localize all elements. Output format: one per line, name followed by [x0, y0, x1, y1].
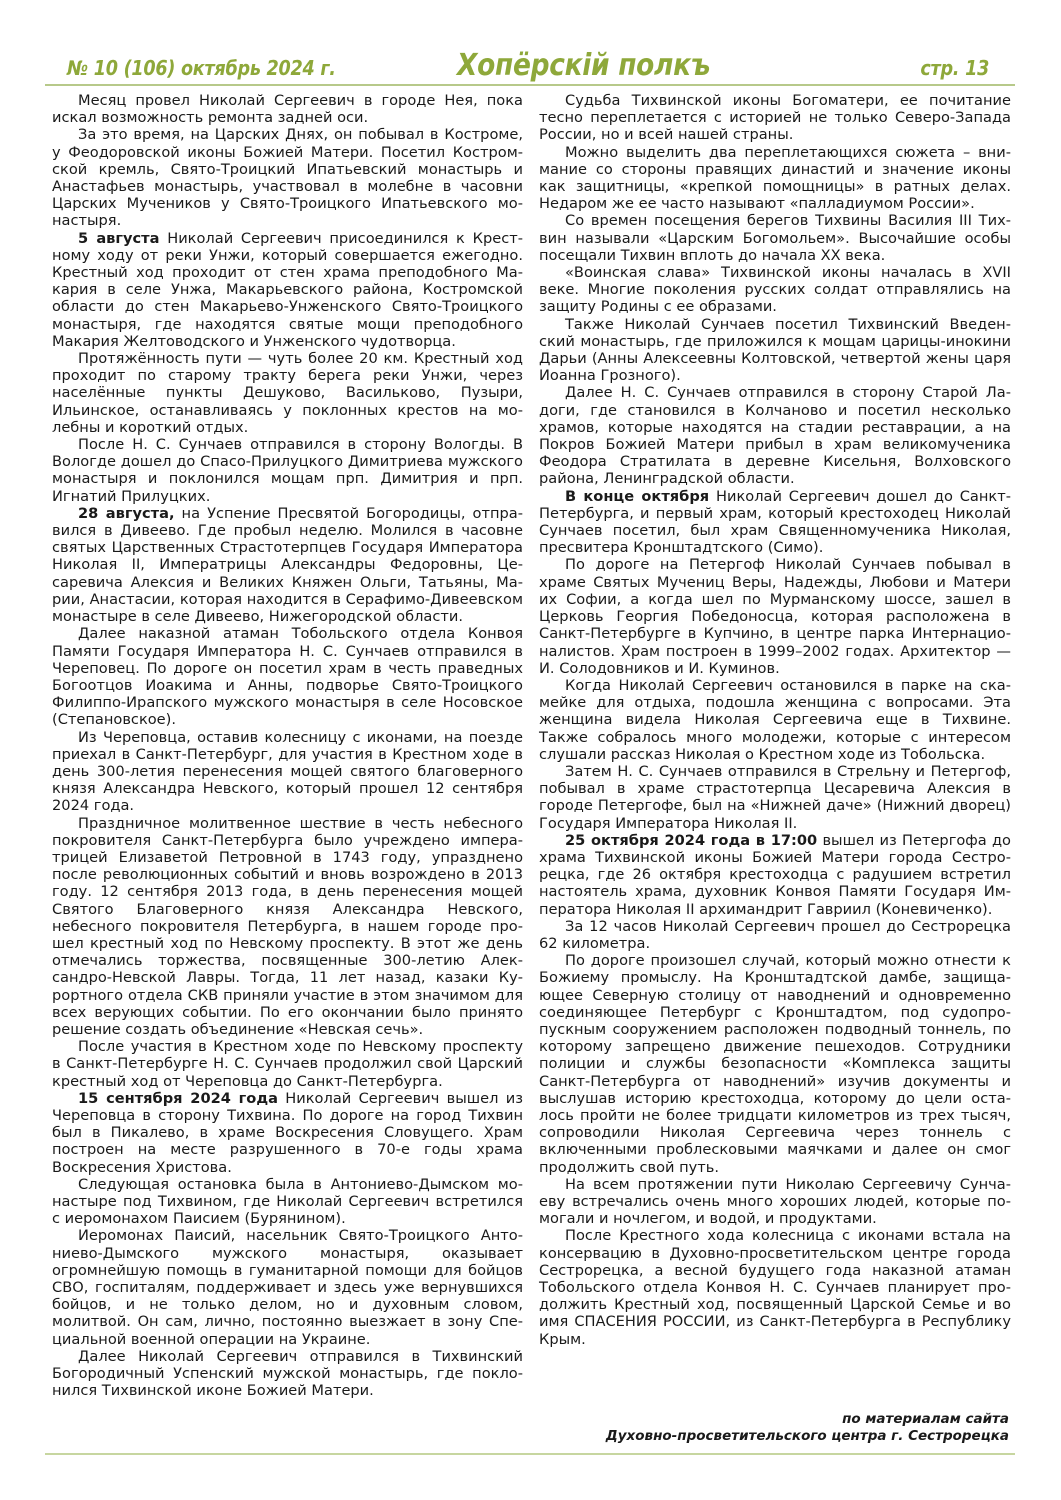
paragraph-text: Далее Николай Сергеевич отправился в Тих… [52, 1348, 523, 1399]
paragraph: Далее Николай Сергеевич отправился в Тих… [52, 1348, 523, 1400]
newspaper-title: Хопёрскій полкъ [457, 48, 710, 83]
paragraph-text: После Крестного хода колесница с иконами… [539, 1227, 1011, 1347]
newspaper-page: № 10 (106) октябрь 2024 г. Хопёрскій пол… [0, 0, 1061, 1500]
paragraph: «Воинская слава» Тихвинской иконы начала… [539, 264, 1011, 316]
paragraph-text: Николай Сергеевич присоединился к Крест­… [52, 230, 523, 350]
paragraph-text: Когда Николай Сергеевич остановился в па… [539, 677, 1011, 763]
source-line-2: Духовно-просветительского центра г. Сест… [606, 1428, 1009, 1445]
paragraph: За это время, на Царских Днях, он побыва… [52, 126, 523, 229]
page-header: № 10 (106) октябрь 2024 г. Хопёрскій пол… [45, 48, 1015, 86]
article-column-right: Судьба Тихвинской иконы Богоматери, ее п… [539, 92, 1011, 1348]
paragraph-text: Праздничное молитвенное шествие в честь … [52, 815, 523, 1038]
paragraph: 15 сентября 2024 года Николай Сергеевич … [52, 1090, 523, 1176]
paragraph-text: Со времен посещения берегов Тихвины Васи… [539, 212, 1011, 263]
source-attribution: по материалам сайта Духовно-просветитель… [606, 1411, 1009, 1445]
article-column-left: Месяц провел Николай Сергеевич в городе … [52, 92, 523, 1399]
paragraph-text: Затем Н. С. Сунчаев отправился в Стрельн… [539, 763, 1011, 832]
paragraph: Судьба Тихвинской иконы Богоматери, ее п… [539, 92, 1011, 144]
paragraph: Затем Н. С. Сунчаев отправился в Стрельн… [539, 763, 1011, 832]
paragraph: По дороге на Петергоф Николай Сунчаев по… [539, 556, 1011, 676]
paragraph-text: Далее наказной атаман Тобольского отдела… [52, 625, 523, 728]
paragraph: Далее Н. С. Сунчаев отправился в сторону… [539, 384, 1011, 487]
paragraph: Из Череповца, оставив колесницу с иконам… [52, 729, 523, 815]
paragraph: По дороге произошел случай, который можн… [539, 952, 1011, 1176]
paragraph-text: Судьба Тихвинской иконы Богоматери, ее п… [539, 92, 1011, 143]
paragraph: 25 октября 2024 года в 17:00 вышел из Пе… [539, 832, 1011, 918]
paragraph-text: Из Череповца, оставив колесницу с иконам… [52, 729, 523, 815]
paragraph-text: На всем протяжении пути Николаю Сергееви… [539, 1176, 1011, 1227]
paragraph-lead-bold: 25 октября 2024 года в 17:00 [565, 832, 817, 849]
paragraph-lead-bold: 15 сентября 2024 года [78, 1090, 278, 1107]
paragraph: 28 августа, на Успение Пресвятой Богород… [52, 505, 523, 625]
paragraph-text: Далее Н. С. Сунчаев отправился в сторону… [539, 384, 1011, 487]
paragraph-text: Иеромонах Паисий, насельник Свято-Троицк… [52, 1227, 523, 1347]
paragraph-text: После участия в Крестном ходе по Невском… [52, 1038, 523, 1089]
paragraph-lead-bold: 5 августа [78, 230, 160, 247]
paragraph-text: После Н. С. Сунчаев отправился в сторону… [52, 436, 523, 505]
paragraph: Можно выделить два переплетающихся сюжет… [539, 144, 1011, 213]
paragraph: Далее наказной атаман Тобольского отдела… [52, 625, 523, 728]
paragraph: Праздничное молитвенное шествие в честь … [52, 815, 523, 1039]
paragraph: Месяц провел Николай Сергеевич в городе … [52, 92, 523, 126]
page-number: стр. 13 [920, 56, 989, 80]
paragraph-text: Следующая остановка была в Антониево-Дым… [52, 1176, 523, 1227]
paragraph: Когда Николай Сергеевич остановился в па… [539, 677, 1011, 763]
paragraph: Также Николай Сунчаев посетил Тихвинский… [539, 316, 1011, 385]
paragraph-text: По дороге на Петергоф Николай Сунчаев по… [539, 556, 1011, 676]
paragraph-text: Месяц провел Николай Сергеевич в городе … [52, 92, 523, 126]
source-line-1: по материалам сайта [606, 1411, 1009, 1428]
paragraph: Иеромонах Паисий, насельник Свято-Троицк… [52, 1227, 523, 1347]
paragraph: В конце октября Николай Сергеевич дошел … [539, 488, 1011, 557]
paragraph-text: на Успение Пресвятой Богородицы, отпра­в… [52, 505, 523, 625]
paragraph: Протяжённость пути — чуть более 20 км. К… [52, 350, 523, 436]
paragraph-text: За 12 часов Николай Сергеевич прошел до … [539, 918, 1011, 952]
paragraph: 5 августа Николай Сергеевич присоединилс… [52, 230, 523, 350]
paragraph-text: Также Николай Сунчаев посетил Тихвинский… [539, 316, 1011, 385]
paragraph-text: Можно выделить два переплетающихся сюжет… [539, 144, 1011, 213]
paragraph-text: Протяжённость пути — чуть более 20 км. К… [52, 350, 523, 436]
paragraph-lead-bold: В конце октября [565, 488, 709, 505]
paragraph-text: По дороге произошел случай, который можн… [539, 952, 1011, 1175]
paragraph-text: «Воинская слава» Тихвинской иконы начала… [539, 264, 1011, 315]
issue-info: № 10 (106) октябрь 2024 г. [67, 56, 336, 80]
paragraph: За 12 часов Николай Сергеевич прошел до … [539, 918, 1011, 952]
paragraph: После Крестного хода колесница с иконами… [539, 1227, 1011, 1347]
paragraph: После Н. С. Сунчаев отправился в сторону… [52, 436, 523, 505]
paragraph-text: За это время, на Царских Днях, он побыва… [52, 126, 523, 229]
paragraph-lead-bold: 28 августа, [78, 505, 175, 522]
paragraph: Со времен посещения берегов Тихвины Васи… [539, 212, 1011, 264]
footer-divider [45, 1453, 1015, 1455]
paragraph: На всем протяжении пути Николаю Сергееви… [539, 1176, 1011, 1228]
paragraph: После участия в Крестном ходе по Невском… [52, 1038, 523, 1090]
paragraph: Следующая остановка была в Антониево-Дым… [52, 1176, 523, 1228]
